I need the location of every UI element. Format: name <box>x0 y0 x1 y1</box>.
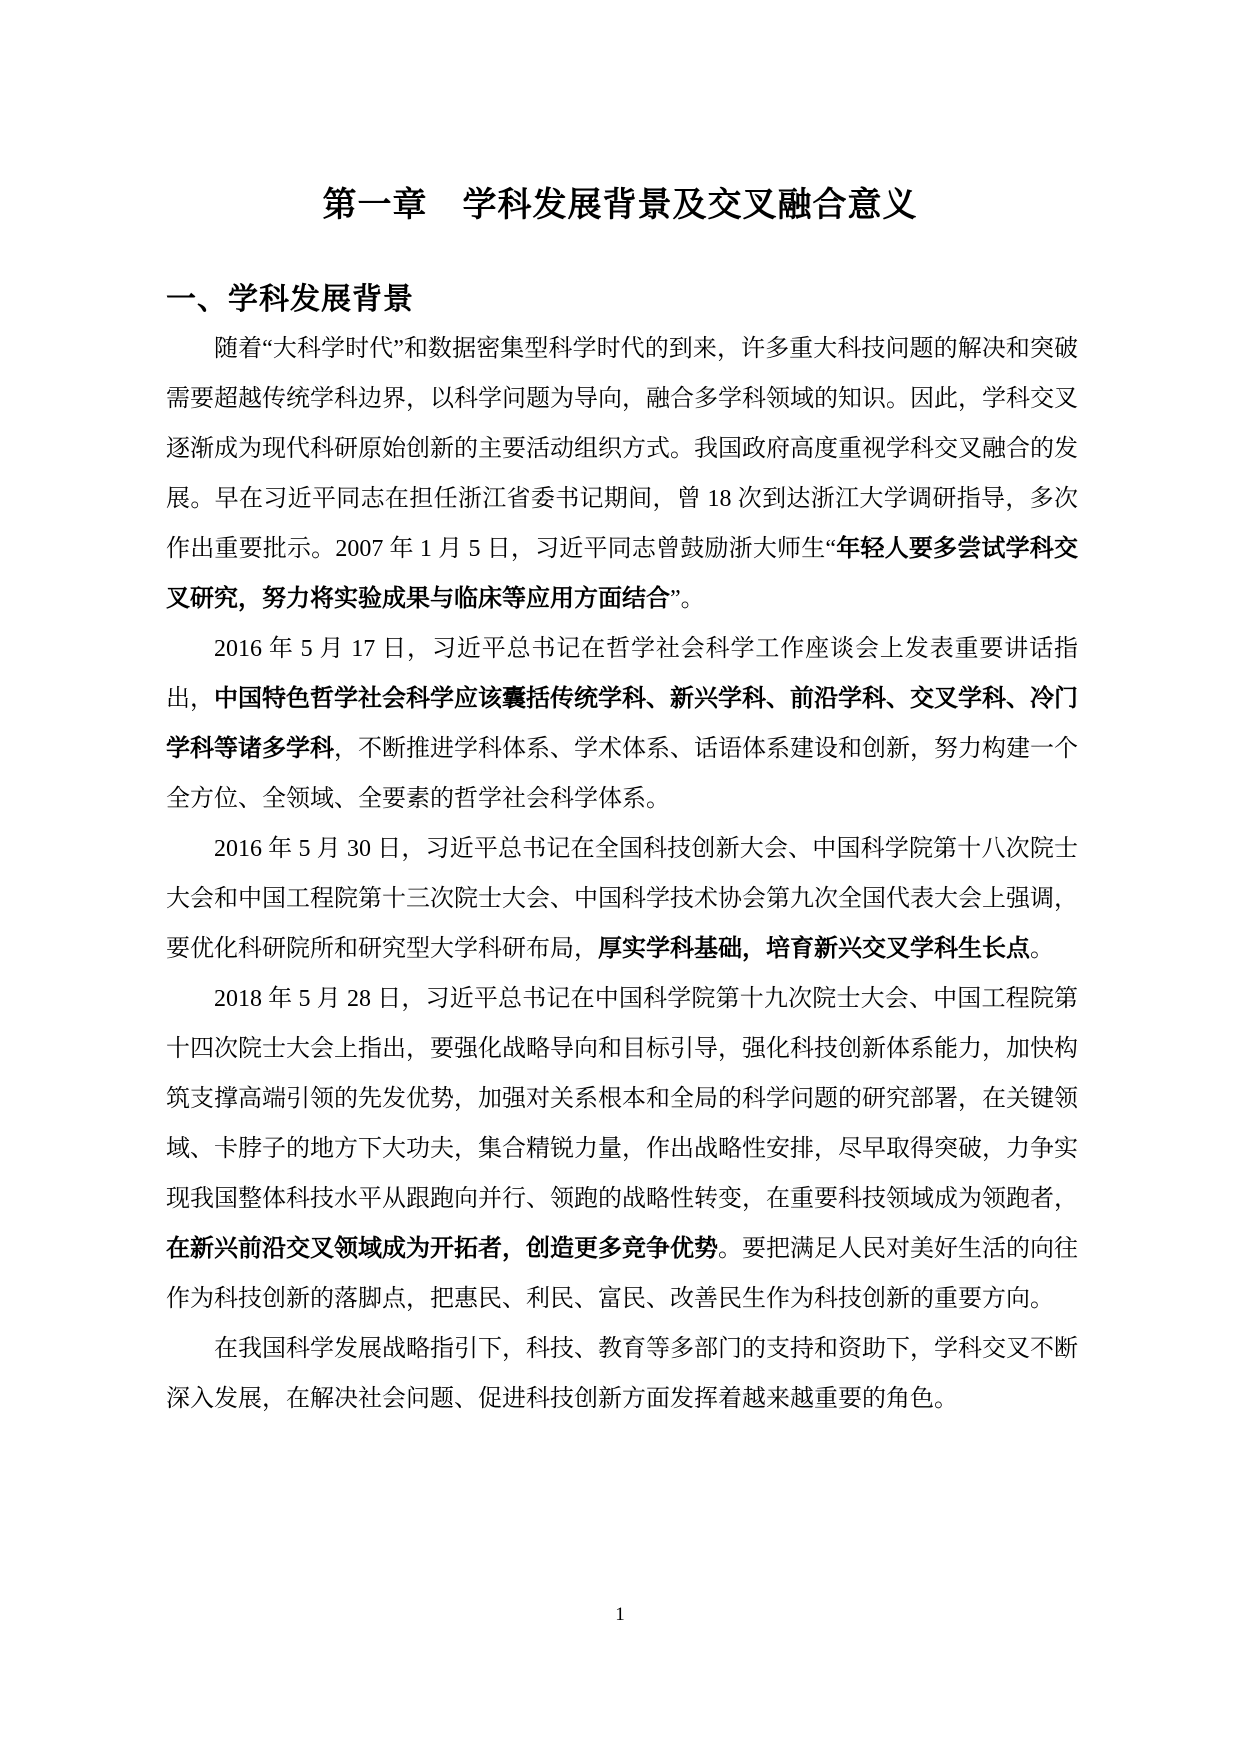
paragraph: 2016 年 5 月 17 日，习近平总书记在哲学社会科学工作座谈会上发表重要讲… <box>166 624 1078 824</box>
paragraph: 2016 年 5 月 30 日，习近平总书记在全国科技创新大会、中国科学院第十八… <box>166 824 1078 974</box>
emphasis-text: 厚实学科基础，培育新兴交叉学科生长点 <box>598 936 1030 962</box>
document-page: 第一章 学科发展背景及交叉融合意义 一、学科发展背景 随着“大科学时代”和数据密… <box>0 0 1240 1753</box>
body-run: 。 <box>1030 936 1054 962</box>
paragraph: 在我国科学发展战略指引下，科技、教育等多部门的支持和资助下，学科交叉不断深入发展… <box>166 1324 1078 1424</box>
body-run: ”。 <box>670 586 705 612</box>
section-heading: 一、学科发展背景 <box>166 281 414 319</box>
page-number: 1 <box>0 1600 1240 1630</box>
body-text: 随着“大科学时代”和数据密集型科学时代的到来，许多重大科技问题的解决和突破需要超… <box>166 324 1078 1424</box>
chapter-title: 第一章 学科发展背景及交叉融合意义 <box>0 184 1240 226</box>
paragraph: 2018 年 5 月 28 日，习近平总书记在中国科学院第十九次院士大会、中国工… <box>166 974 1078 1324</box>
body-run: 在我国科学发展战略指引下，科技、教育等多部门的支持和资助下，学科交叉不断深入发展… <box>166 1336 1078 1412</box>
paragraph: 随着“大科学时代”和数据密集型科学时代的到来，许多重大科技问题的解决和突破需要超… <box>166 324 1078 624</box>
body-run: 2018 年 5 月 28 日，习近平总书记在中国科学院第十九次院士大会、中国工… <box>166 986 1078 1212</box>
emphasis-text: 在新兴前沿交叉领域成为开拓者，创造更多竞争优势 <box>166 1236 718 1262</box>
body-run: 随着“大科学时代”和数据密集型科学时代的到来，许多重大科技问题的解决和突破需要超… <box>166 336 1078 562</box>
